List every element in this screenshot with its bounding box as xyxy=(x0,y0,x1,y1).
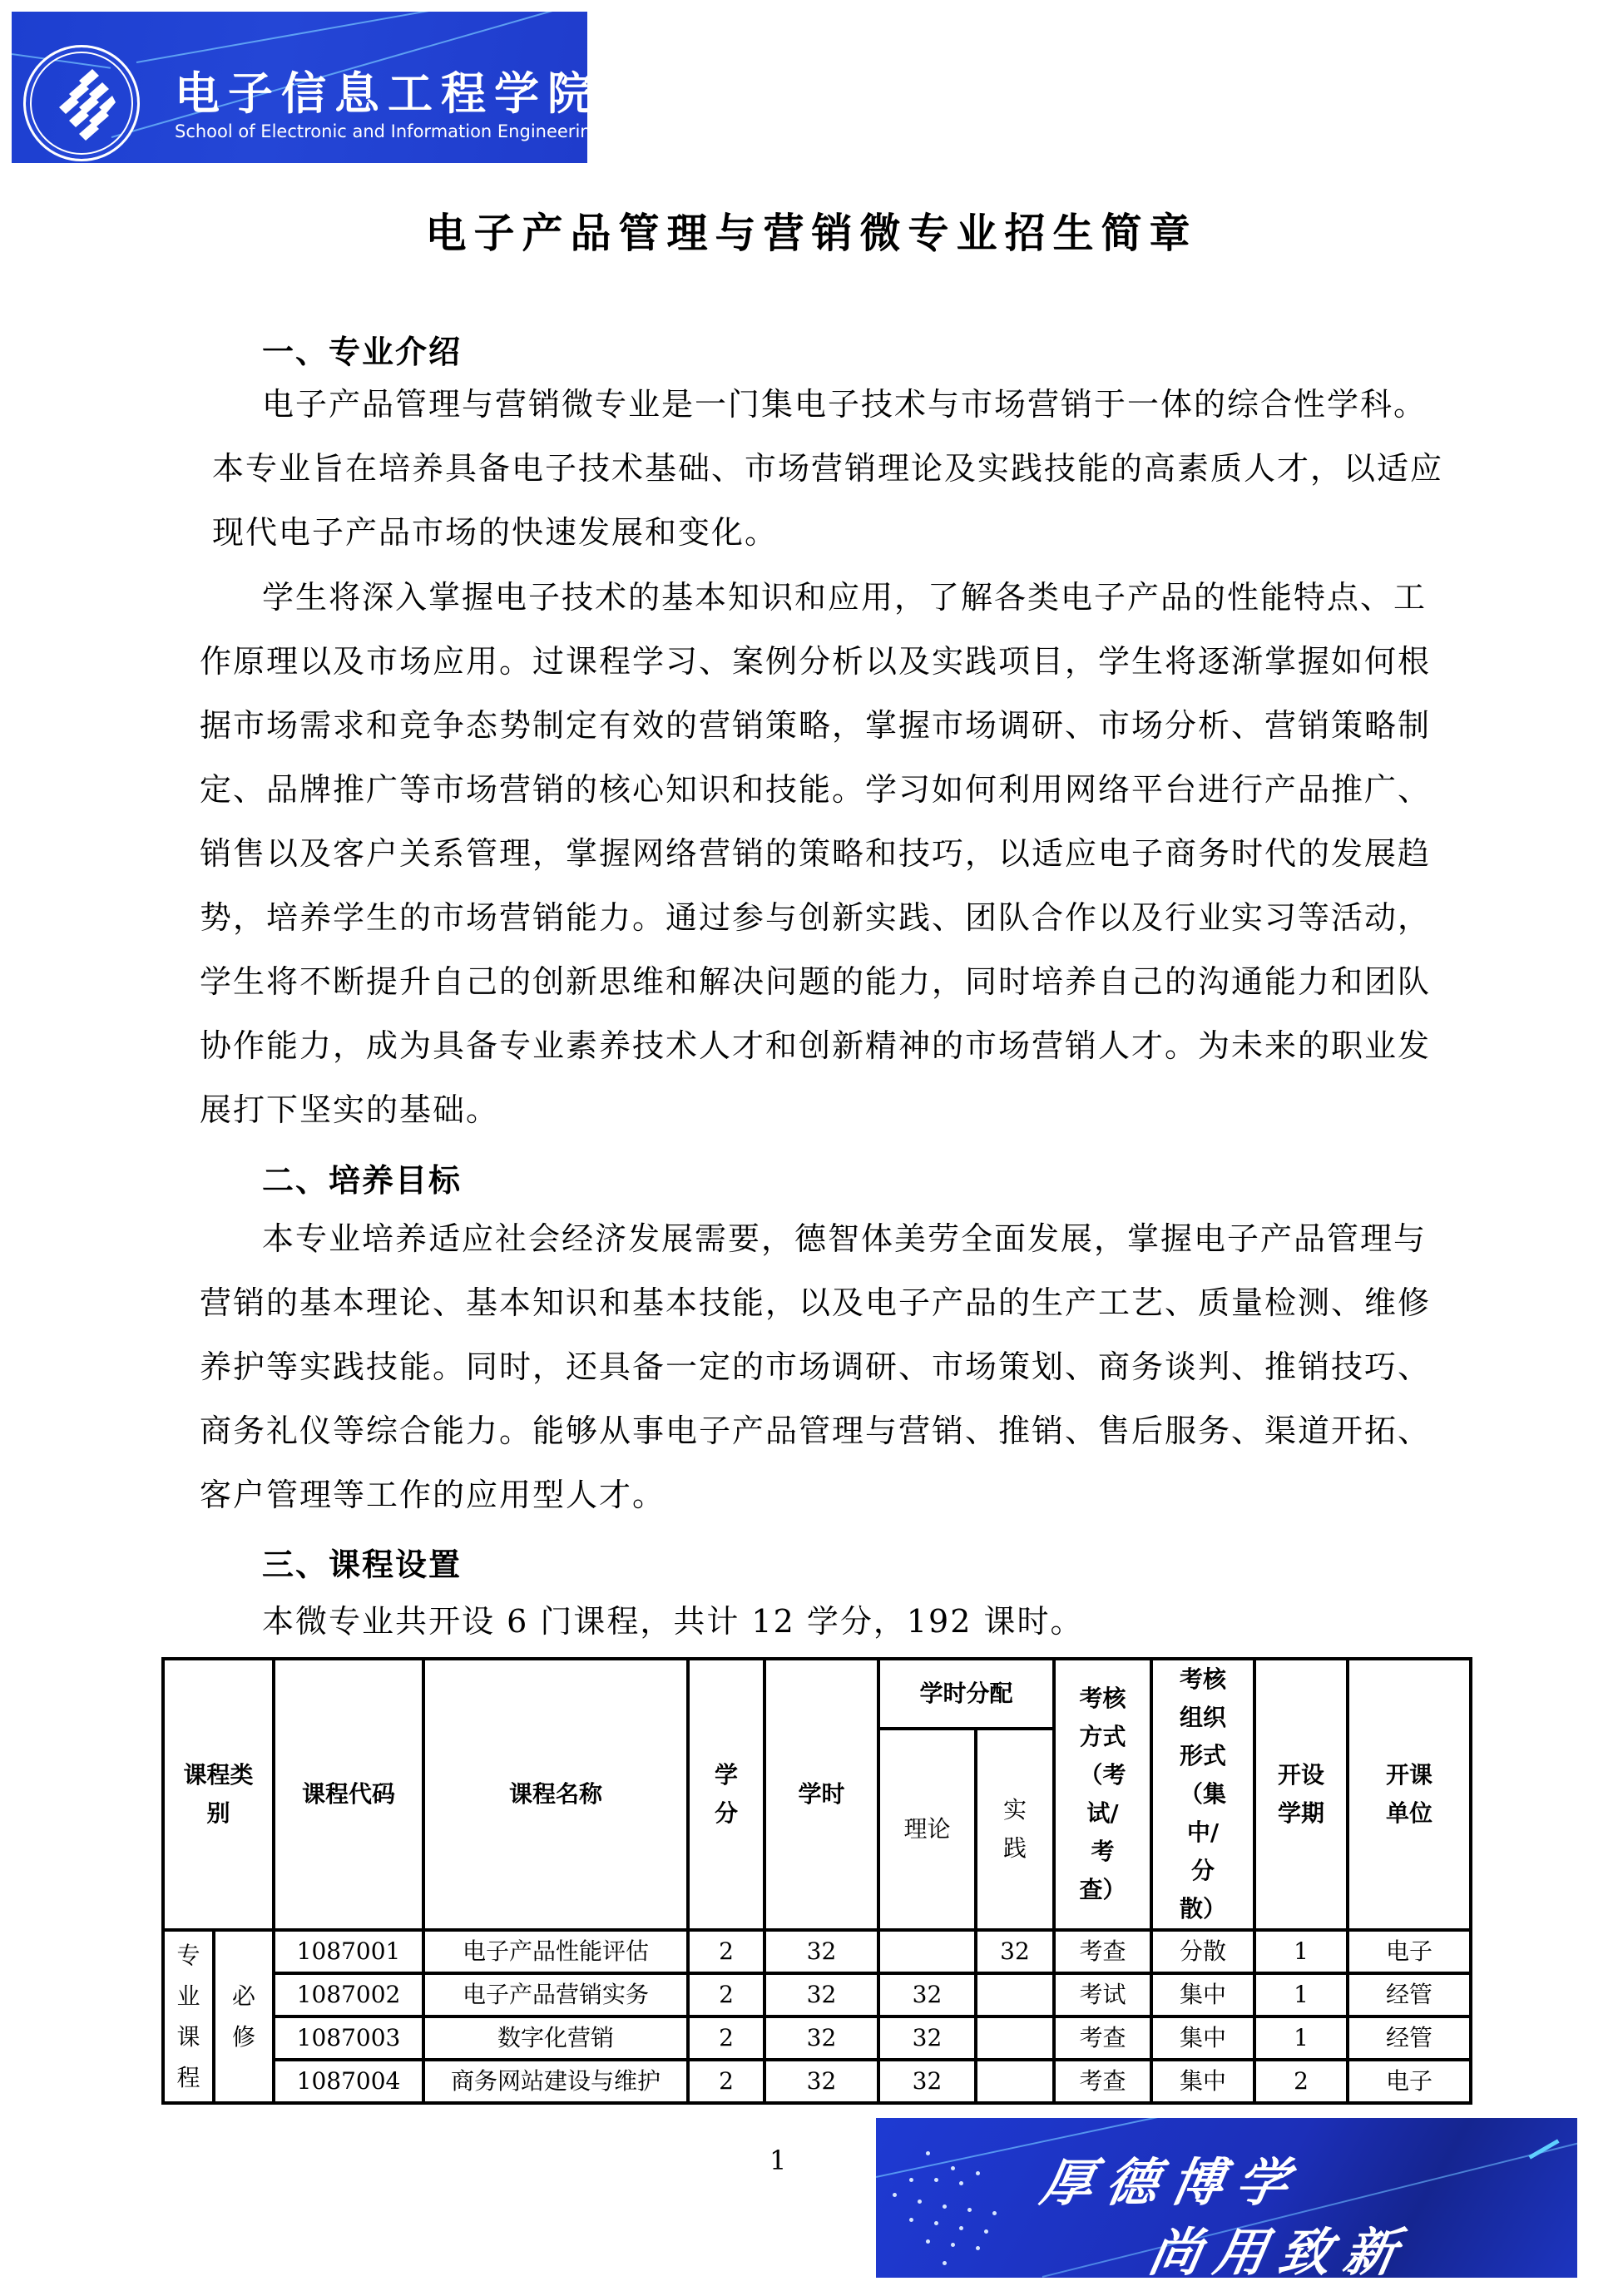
course-practice xyxy=(976,2060,1054,2103)
course-exam-org: 集中 xyxy=(1151,2060,1254,2103)
course-name: 商务网站建设与维护 xyxy=(423,2060,688,2103)
header-hours: 学时 xyxy=(764,1659,878,1930)
header-exam-method: 考核方式（考试/考查） xyxy=(1054,1659,1151,1930)
school-logo-banner: 电子信息工程学院 School of Electronic and Inform… xyxy=(12,12,587,163)
paragraph-line: 据市场需求和竞争态势制定有效的营销策略，掌握市场调研、市场分析、营销策略制 xyxy=(200,706,1431,745)
course-exam-method: 考查 xyxy=(1054,2060,1151,2103)
page-number: 1 xyxy=(769,2145,786,2176)
header-name: 课程名称 xyxy=(423,1659,688,1930)
course-hours: 32 xyxy=(764,2060,878,2103)
paragraph-line: 学生将深入掌握电子技术的基本知识和应用，了解各类电子产品的性能特点、工 xyxy=(262,578,1427,616)
paragraph-line: 客户管理等工作的应用型人才。 xyxy=(200,1476,666,1514)
paragraph-line: 本微专业共开设 6 门课程，共计 12 学分，192 课时。 xyxy=(262,1602,1083,1640)
course-exam-org: 集中 xyxy=(1151,2016,1254,2060)
course-practice: 32 xyxy=(976,1930,1054,1973)
paragraph-line: 势，培养学生的市场营销能力。通过参与创新实践、团队合作以及行业实习等活动， xyxy=(200,898,1431,937)
paragraph-line: 销售以及客户关系管理，掌握网络营销的策略和技巧，以适应电子商务时代的发展趋 xyxy=(200,834,1431,873)
paragraph-line: 本专业培养适应社会经济发展需要，德智体美劳全面发展，掌握电子产品管理与 xyxy=(262,1220,1427,1258)
course-practice xyxy=(976,2016,1054,2060)
course-code: 1087004 xyxy=(274,2060,423,2103)
course-practice xyxy=(976,1973,1054,2016)
course-exam-method: 考查 xyxy=(1054,2016,1151,2060)
header-dept: 开课单位 xyxy=(1348,1659,1471,1930)
course-theory: 32 xyxy=(878,1973,976,2016)
paragraph-line: 电子产品管理与营销微专业是一门集电子技术与市场营销于一体的综合性学科。 xyxy=(262,385,1427,423)
course-credits: 2 xyxy=(688,2016,764,2060)
table-row: 专业课程 必修 1087001 电子产品性能评估 2 32 32 考查 分散 1… xyxy=(163,1930,1471,1973)
course-hours: 32 xyxy=(764,2016,878,2060)
course-semester: 2 xyxy=(1254,2060,1348,2103)
course-hours: 32 xyxy=(764,1930,878,1973)
header-category: 课程类别 xyxy=(163,1659,274,1930)
course-exam-org: 集中 xyxy=(1151,1973,1254,2016)
header-code: 课程代码 xyxy=(274,1659,423,1930)
paragraph-line: 本专业旨在培养具备电子技术基础、市场营销理论及实践技能的高素质人才，以适应 xyxy=(212,449,1443,487)
course-theory xyxy=(878,1930,976,1973)
table-row: 1087003 数字化营销 2 32 32 考查 集中 1 经管 xyxy=(163,2016,1471,2060)
header-hours-split: 学时分配 xyxy=(878,1659,1054,1729)
course-code: 1087002 xyxy=(274,1973,423,2016)
section-heading-curriculum: 三、课程设置 xyxy=(262,1539,462,1585)
document-title: 电子产品管理与营销微专业招生简章 xyxy=(0,201,1623,260)
section-heading-intro: 一、专业介绍 xyxy=(262,326,462,372)
course-name: 电子产品营销实务 xyxy=(423,1973,688,2016)
paragraph-line: 定、品牌推广等市场营销的核心知识和技能。学习如何利用网络平台进行产品推广、 xyxy=(200,770,1431,809)
course-theory: 32 xyxy=(878,2060,976,2103)
paragraph-line: 协作能力，成为具备专业素养技术人才和创新精神的市场营销人才。为未来的职业发 xyxy=(200,1027,1431,1065)
category-main-cell: 专业课程 xyxy=(163,1930,214,2103)
course-dept: 电子 xyxy=(1348,1930,1471,1973)
course-semester: 1 xyxy=(1254,2016,1348,2060)
course-dept: 电子 xyxy=(1348,2060,1471,2103)
school-name-cn: 电子信息工程学院 xyxy=(175,58,587,122)
paragraph-line: 营销的基本理论、基本知识和基本技能，以及电子产品的生产工艺、质量检测、维修 xyxy=(200,1284,1431,1322)
header-practice: 实践 xyxy=(976,1729,1054,1930)
section-heading-goals: 二、培养目标 xyxy=(262,1155,462,1200)
paragraph-line: 学生将不断提升自己的创新思维和解决问题的能力，同时培养自己的沟通能力和团队 xyxy=(200,962,1431,1001)
course-name: 电子产品性能评估 xyxy=(423,1930,688,1973)
table-row: 1087004 商务网站建设与维护 2 32 32 考查 集中 2 电子 xyxy=(163,2060,1471,2103)
paragraph-line: 作原理以及市场应用。过课程学习、案例分析以及实践项目，学生将逐渐掌握如何根 xyxy=(200,642,1431,680)
header-exam-org: 考核组织形式（集中/分散） xyxy=(1151,1659,1254,1930)
motto-line-1: 厚德博学 xyxy=(1036,2141,1309,2215)
paragraph-line: 现代电子产品市场的快速发展和变化。 xyxy=(212,513,778,552)
course-credits: 2 xyxy=(688,1930,764,1973)
header-semester: 开设学期 xyxy=(1254,1659,1348,1930)
course-dept: 经管 xyxy=(1348,1973,1471,2016)
school-name-en: School of Electronic and Information Eng… xyxy=(175,121,587,141)
course-table: 课程类别 课程代码 课程名称 学分 学时 学时分配 考核方式（考试/考查） 考核… xyxy=(161,1657,1472,2105)
table-row: 1087002 电子产品营销实务 2 32 32 考试 集中 1 经管 xyxy=(163,1973,1471,2016)
course-hours: 32 xyxy=(764,1973,878,2016)
course-semester: 1 xyxy=(1254,1973,1348,2016)
header-theory: 理论 xyxy=(878,1729,976,1930)
course-code: 1087003 xyxy=(274,2016,423,2060)
paragraph-line: 商务礼仪等综合能力。能够从事电子产品管理与营销、推销、售后服务、渠道开拓、 xyxy=(200,1412,1431,1450)
decorative-streak xyxy=(136,12,432,63)
course-dept: 经管 xyxy=(1348,2016,1471,2060)
course-credits: 2 xyxy=(688,2060,764,2103)
course-semester: 1 xyxy=(1254,1930,1348,1973)
course-code: 1087001 xyxy=(274,1930,423,1973)
motto-line-2: 尚用致新 xyxy=(1144,2211,1417,2278)
paragraph-line: 展打下坚实的基础。 xyxy=(200,1091,499,1129)
header-credits: 学分 xyxy=(688,1659,764,1930)
course-exam-method: 考试 xyxy=(1054,1973,1151,2016)
university-seal-icon xyxy=(23,45,140,161)
course-name: 数字化营销 xyxy=(423,2016,688,2060)
course-theory: 32 xyxy=(878,2016,976,2060)
category-sub-cell: 必修 xyxy=(214,1930,274,2103)
course-exam-method: 考查 xyxy=(1054,1930,1151,1973)
motto-banner: 厚德博学 尚用致新 xyxy=(876,2118,1577,2278)
course-credits: 2 xyxy=(688,1973,764,2016)
paragraph-line: 养护等实践技能。同时，还具备一定的市场调研、市场策划、商务谈判、推销技巧、 xyxy=(200,1348,1431,1386)
course-exam-org: 分散 xyxy=(1151,1930,1254,1973)
